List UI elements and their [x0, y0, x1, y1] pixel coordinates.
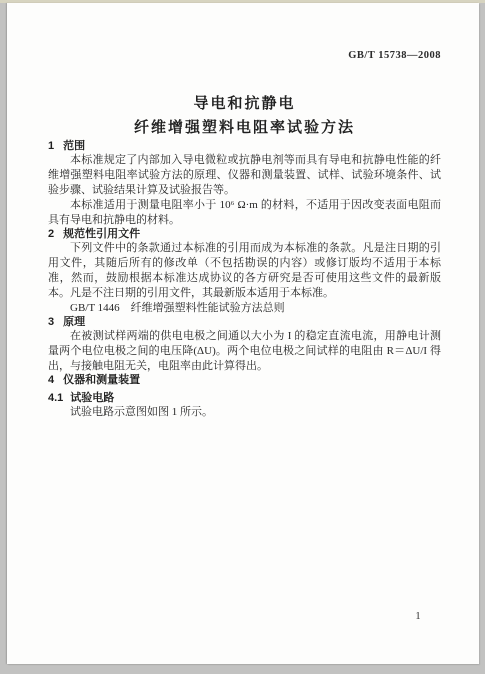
section-4-heading: 4仪器和测量装置: [48, 374, 441, 387]
section-4-number: 4: [48, 374, 54, 387]
normative-reference-entry: GB/T 1446 纤维增强塑料性能试验方法总则: [48, 301, 441, 316]
document-title-line-1: 导电和抗静电: [48, 92, 441, 116]
section-4-1-number: 4.1: [48, 392, 63, 405]
section-1-number: 1: [48, 140, 54, 153]
section-2-number: 2: [48, 228, 54, 241]
section-1-paragraph-2: 本标准适用于测量电阻率小于 10⁶ Ω·m 的材料，不适用于因改变表面电阻而具有…: [48, 198, 441, 228]
section-2-heading: 2规范性引用文件: [48, 228, 441, 241]
scanned-page: GB/T 15738—2008 导电和抗静电 纤维增强塑料电阻率试验方法 1范围…: [7, 3, 479, 664]
scan-background: GB/T 15738—2008 导电和抗静电 纤维增强塑料电阻率试验方法 1范围…: [0, 0, 485, 674]
section-3-paragraph-1: 在被测试样两端的供电电极之间通以大小为 I 的稳定直流电流，用静电计测量两个电位…: [48, 329, 441, 374]
section-2-title: 规范性引用文件: [63, 228, 140, 240]
section-1-paragraph-1: 本标准规定了内部加入导电微粒或抗静电剂等而具有导电和抗静电性能的纤维增强塑料电阻…: [48, 153, 441, 198]
document-title-line-2: 纤维增强塑料电阻率试验方法: [48, 116, 441, 140]
document-title: 导电和抗静电 纤维增强塑料电阻率试验方法: [48, 92, 441, 140]
section-4-1-title: 试验电路: [70, 392, 114, 404]
section-3-title: 原理: [63, 316, 85, 328]
section-4-1-paragraph-1: 试验电路示意图如图 1 所示。: [48, 405, 441, 420]
section-4-title: 仪器和测量装置: [63, 374, 140, 386]
section-1-heading: 1范围: [48, 140, 441, 153]
section-4-1-heading: 4.1试验电路: [48, 392, 441, 405]
standard-number: GB/T 15738—2008: [48, 50, 441, 62]
section-2-paragraph-1: 下列文件中的条款通过本标准的引用而成为本标准的条款。凡是注日期的引用文件，其随后…: [48, 241, 441, 301]
section-1-title: 范围: [63, 140, 85, 152]
page-content: GB/T 15738—2008 导电和抗静电 纤维增强塑料电阻率试验方法 1范围…: [7, 3, 479, 664]
page-number: 1: [410, 610, 426, 623]
section-3-number: 3: [48, 316, 54, 329]
section-3-heading: 3原理: [48, 316, 441, 329]
